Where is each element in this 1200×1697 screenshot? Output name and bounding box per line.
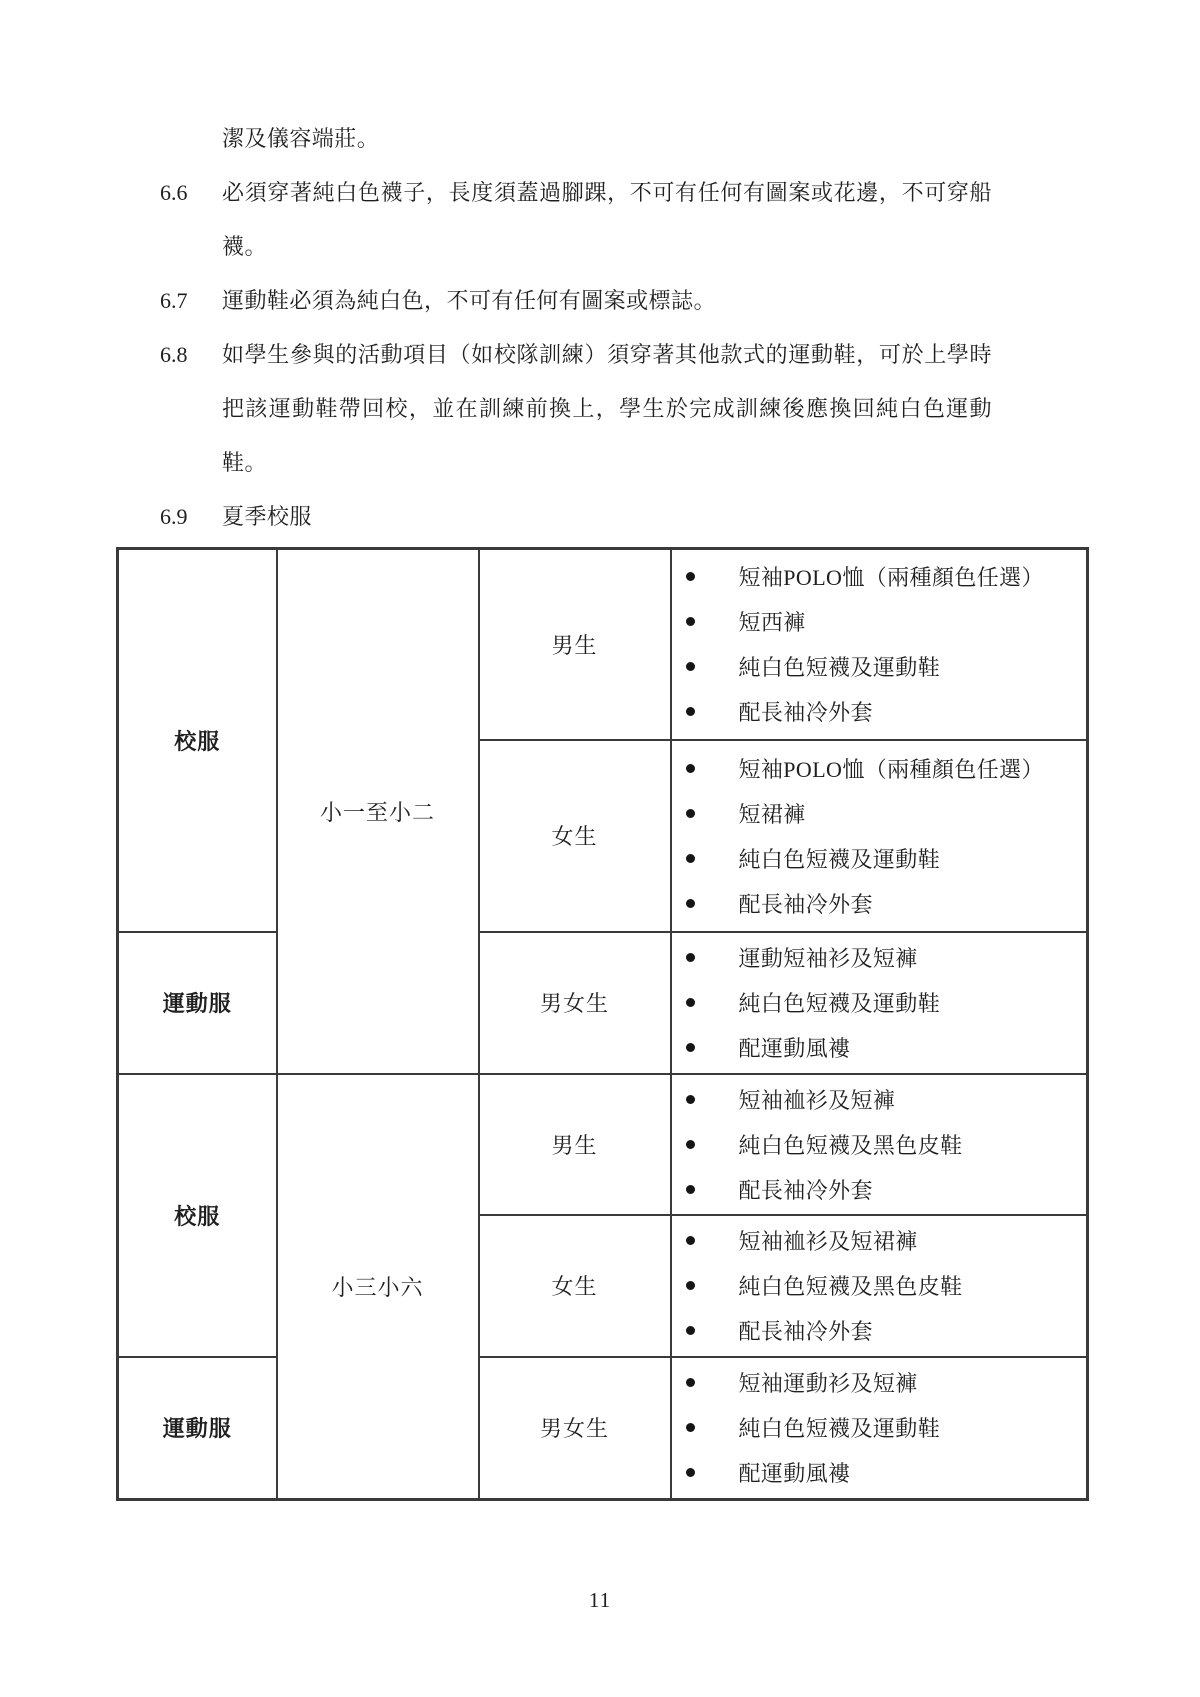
uniform-item-list: 短袖裇衫及短裙褲 純白色短襪及黑色皮鞋 配長袖冷外套 <box>672 1218 1087 1353</box>
table-row: 運動服 男女生 短袖運動衫及短褲 純白色短襪及運動鞋 配運動風褸 <box>118 1357 1088 1500</box>
items-cell: 短袖裇衫及短褲 純白色短襪及黑色皮鞋 配長袖冷外套 <box>671 1074 1088 1215</box>
category-cell: 校服 <box>118 549 277 932</box>
uniform-item: 純白色短襪及運動鞋 <box>672 644 1087 689</box>
items-cell: 短袖POLO恤（兩種顏色任選） 短裙褲 純白色短襪及運動鞋 配長袖冷外套 <box>671 740 1088 932</box>
uniform-item: 短袖POLO恤（兩種顏色任選） <box>672 746 1087 791</box>
bullet-icon <box>686 1095 695 1104</box>
bullet-icon <box>686 662 695 671</box>
uniform-item: 運動短袖衫及短褲 <box>672 935 1087 980</box>
uniform-item-list: 短袖裇衫及短褲 純白色短襪及黑色皮鞋 配長袖冷外套 <box>672 1077 1087 1212</box>
paragraph-continuation: 潔及儀容端莊。 <box>222 112 992 166</box>
category-cell: 運動服 <box>118 1357 277 1500</box>
paragraph-6-9: 6.9 夏季校服 <box>160 490 992 544</box>
uniform-item: 短袖POLO恤（兩種顏色任選） <box>672 554 1087 599</box>
gender-cell: 女生 <box>479 740 671 932</box>
bullet-icon <box>686 572 695 581</box>
uniform-item-list: 運動短袖衫及短褲 純白色短襪及運動鞋 配運動風褸 <box>672 935 1087 1070</box>
summer-uniform-table: 校服 小一至小二 男生 短袖POLO恤（兩種顏色任選） 短西褲 純白色短襪及運動… <box>116 547 1089 1501</box>
clause-number: 6.7 <box>160 274 222 328</box>
page-number: 11 <box>0 1588 1200 1613</box>
category-cell: 校服 <box>118 1074 277 1357</box>
uniform-item: 純白色短襪及黑色皮鞋 <box>672 1122 1087 1167</box>
uniform-item: 純白色短襪及運動鞋 <box>672 1405 1087 1450</box>
bullet-icon <box>686 1281 695 1290</box>
grade-cell: 小一至小二 <box>277 549 479 1074</box>
uniform-item: 純白色短襪及運動鞋 <box>672 980 1087 1025</box>
bullet-icon <box>686 764 695 773</box>
gender-cell: 男生 <box>479 1074 671 1215</box>
items-cell: 短袖裇衫及短裙褲 純白色短襪及黑色皮鞋 配長袖冷外套 <box>671 1215 1088 1357</box>
paragraph-6-8: 6.8 如學生參與的活動項目（如校隊訓練）須穿著其他款式的運動鞋，可於上學時把該… <box>160 328 992 490</box>
table-row: 運動服 男女生 運動短袖衫及短褲 純白色短襪及運動鞋 配運動風褸 <box>118 932 1088 1074</box>
paragraph-6-7: 6.7 運動鞋必須為純白色，不可有任何有圖案或標誌。 <box>160 274 992 328</box>
bullet-icon <box>686 617 695 626</box>
bullet-icon <box>686 953 695 962</box>
uniform-item: 短袖裇衫及短褲 <box>672 1077 1087 1122</box>
uniform-item-list: 短袖運動衫及短褲 純白色短襪及運動鞋 配運動風褸 <box>672 1360 1087 1495</box>
bullet-icon <box>686 707 695 716</box>
clause-text: 運動鞋必須為純白色，不可有任何有圖案或標誌。 <box>222 274 992 328</box>
category-cell: 運動服 <box>118 932 277 1074</box>
uniform-item: 短袖裇衫及短裙褲 <box>672 1218 1087 1263</box>
gender-cell: 男生 <box>479 549 671 740</box>
uniform-item-list: 短袖POLO恤（兩種顏色任選） 短西褲 純白色短襪及運動鞋 配長袖冷外套 <box>672 554 1087 734</box>
uniform-item: 短袖運動衫及短褲 <box>672 1360 1087 1405</box>
uniform-item: 配長袖冷外套 <box>672 1167 1087 1212</box>
grade-cell: 小三小六 <box>277 1074 479 1500</box>
uniform-item-list: 短袖POLO恤（兩種顏色任選） 短裙褲 純白色短襪及運動鞋 配長袖冷外套 <box>672 746 1087 926</box>
bullet-icon <box>686 1378 695 1387</box>
bullet-icon <box>686 1185 695 1194</box>
bullet-icon <box>686 1140 695 1149</box>
uniform-item: 配長袖冷外套 <box>672 1308 1087 1353</box>
gender-cell: 女生 <box>479 1215 671 1357</box>
bullet-icon <box>686 854 695 863</box>
bullet-icon <box>686 1043 695 1052</box>
gender-cell: 男女生 <box>479 932 671 1074</box>
bullet-icon <box>686 1236 695 1245</box>
clause-text: 夏季校服 <box>222 490 992 544</box>
clause-number: 6.6 <box>160 166 222 274</box>
uniform-item: 短裙褲 <box>672 791 1087 836</box>
clause-number: 6.8 <box>160 328 222 490</box>
bullet-icon <box>686 899 695 908</box>
uniform-item: 短西褲 <box>672 599 1087 644</box>
table-row: 校服 小一至小二 男生 短袖POLO恤（兩種顏色任選） 短西褲 純白色短襪及運動… <box>118 549 1088 740</box>
bullet-icon <box>686 809 695 818</box>
document-page: 潔及儀容端莊。 6.6 必須穿著純白色襪子，長度須蓋過腳踝，不可有任何有圖案或花… <box>0 0 1200 1697</box>
uniform-item: 配運動風褸 <box>672 1450 1087 1495</box>
paragraph-6-6: 6.6 必須穿著純白色襪子，長度須蓋過腳踝，不可有任何有圖案或花邊，不可穿船襪。 <box>160 166 992 274</box>
table-row: 校服 小三小六 男生 短袖裇衫及短褲 純白色短襪及黑色皮鞋 配長袖冷外套 <box>118 1074 1088 1215</box>
uniform-item: 純白色短襪及黑色皮鞋 <box>672 1263 1087 1308</box>
items-cell: 短袖運動衫及短褲 純白色短襪及運動鞋 配運動風褸 <box>671 1357 1088 1500</box>
uniform-item: 配長袖冷外套 <box>672 881 1087 926</box>
clause-number: 6.9 <box>160 490 222 544</box>
document-body: 潔及儀容端莊。 6.6 必須穿著純白色襪子，長度須蓋過腳踝，不可有任何有圖案或花… <box>160 112 992 544</box>
gender-cell: 男女生 <box>479 1357 671 1500</box>
clause-text: 如學生參與的活動項目（如校隊訓練）須穿著其他款式的運動鞋，可於上學時把該運動鞋帶… <box>222 328 992 490</box>
bullet-icon <box>686 998 695 1007</box>
items-cell: 短袖POLO恤（兩種顏色任選） 短西褲 純白色短襪及運動鞋 配長袖冷外套 <box>671 549 1088 740</box>
uniform-item: 純白色短襪及運動鞋 <box>672 836 1087 881</box>
uniform-item: 配運動風褸 <box>672 1025 1087 1070</box>
uniform-item: 配長袖冷外套 <box>672 689 1087 734</box>
bullet-icon <box>686 1468 695 1477</box>
bullet-icon <box>686 1326 695 1335</box>
items-cell: 運動短袖衫及短褲 純白色短襪及運動鞋 配運動風褸 <box>671 932 1088 1074</box>
bullet-icon <box>686 1423 695 1432</box>
clause-text: 必須穿著純白色襪子，長度須蓋過腳踝，不可有任何有圖案或花邊，不可穿船襪。 <box>222 166 992 274</box>
